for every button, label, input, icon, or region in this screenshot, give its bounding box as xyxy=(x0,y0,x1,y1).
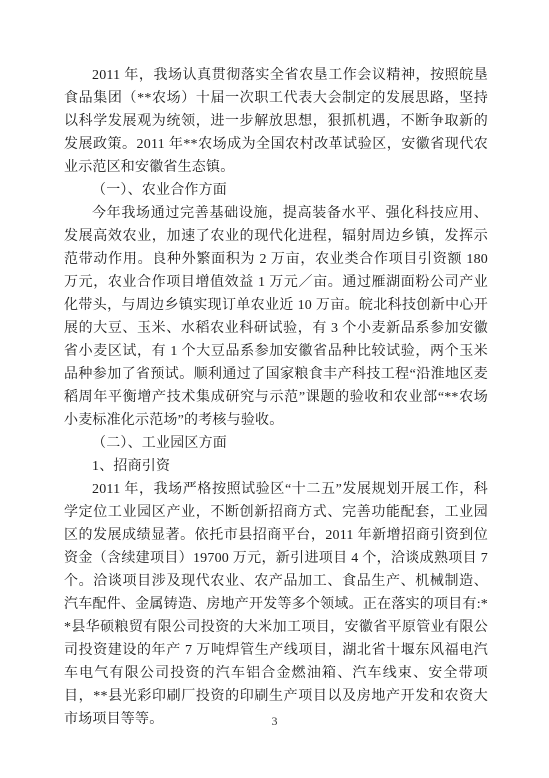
document-page: 2011 年，我场认真贯彻落实全省农垦工作会议精神，按照皖垦食品集团（**农场）… xyxy=(0,0,549,778)
paragraph-investment: 2011 年，我场严格按照试验区“十二五”发展规划开展工作，科学定位工业园区产业… xyxy=(64,478,488,731)
page-number: 3 xyxy=(0,712,549,730)
section-heading-industrial-park: （二）、工业园区方面 xyxy=(64,432,488,455)
paragraph-agriculture: 今年我场通过完善基础设施，提高装备水平、强化科技应用、发展高效农业，加速了农业的… xyxy=(64,202,488,432)
document-body: 2011 年，我场认真贯彻落实全省农垦工作会议精神，按照皖垦食品集团（**农场）… xyxy=(64,64,488,731)
subsection-heading-investment: 1、招商引资 xyxy=(64,455,488,478)
paragraph-intro: 2011 年，我场认真贯彻落实全省农垦工作会议精神，按照皖垦食品集团（**农场）… xyxy=(64,64,488,179)
section-heading-agriculture: （一）、农业合作方面 xyxy=(64,179,488,202)
